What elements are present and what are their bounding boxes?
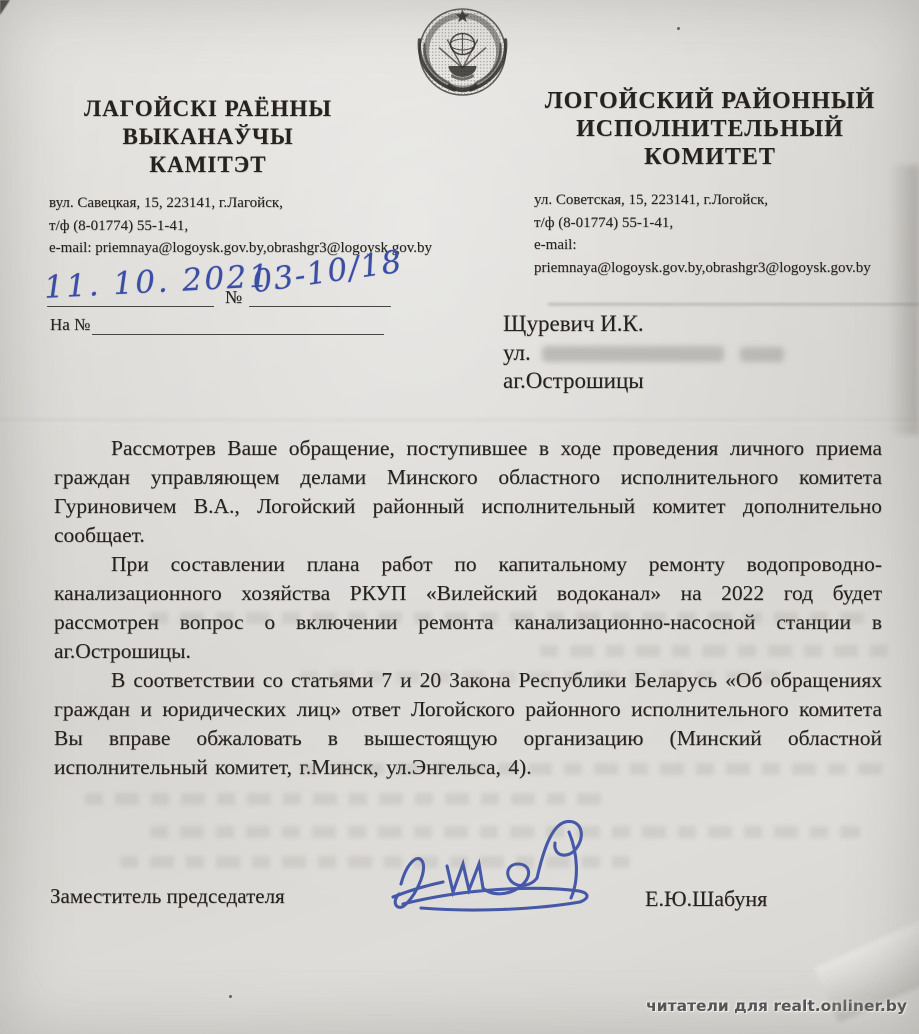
- org-name-belarusian: ЛАГОЙСКІ РАЁННЫ ВЫКАНАЎЧЫ КАМІТЭТ: [25, 95, 391, 179]
- letter-body: Рассмотрев Ваше обращение, поступившее в…: [54, 434, 882, 782]
- redacted-street-name: [542, 346, 724, 362]
- number-rule-line: [249, 306, 391, 307]
- bleedthrough-artifact: [150, 826, 860, 838]
- recipient-street: ул.: [503, 339, 784, 368]
- speck-artifact: [677, 27, 680, 30]
- address-line: т/ф (8-01774) 55-1-41,: [534, 212, 916, 235]
- belarus-coat-of-arms-icon: [399, 6, 526, 102]
- org-name-ru-line: ЛОГОЙСКИЙ РАЙОННЫЙ: [510, 87, 910, 115]
- bleedthrough-artifact: [150, 612, 870, 624]
- bleedthrough-artifact: [120, 856, 630, 868]
- org-name-ru-line: КОМИТЕТ: [510, 143, 910, 171]
- date-rule-line: [47, 306, 214, 307]
- org-name-by-line: ВЫКАНАЎЧЫ: [25, 123, 391, 151]
- speck-artifact: [229, 995, 232, 998]
- recipient-block: Щуревич И.К. ул. аг.Острошицы: [503, 310, 784, 396]
- address-line: т/ф (8-01774) 55-1-41,: [49, 215, 449, 238]
- bleedthrough-artifact: [300, 671, 780, 683]
- recipient-name: Щуревич И.К.: [503, 310, 784, 339]
- reply-reference-label: На №: [50, 315, 90, 335]
- recipient-settlement: аг.Острошицы: [503, 367, 784, 396]
- signer-position: Заместитель председателя: [50, 884, 285, 909]
- reply-rule-line: [92, 334, 384, 335]
- fold-crease-artifact: [0, 419, 919, 424]
- bleedthrough-artifact: [85, 793, 605, 805]
- bleedthrough-artifact: [540, 645, 890, 657]
- org-address-russian: ул. Советская, 15, 223141, г.Логойск, т/…: [534, 189, 916, 279]
- address-line: e-mail: priemnaya@logoysk.gov.by,obrashg…: [534, 234, 916, 279]
- org-name-by-line: ЛАГОЙСКІ РАЁННЫ: [25, 95, 391, 123]
- org-name-by-line: КАМІТЭТ: [25, 151, 391, 179]
- org-name-russian: ЛОГОЙСКИЙ РАЙОННЫЙ ИСПОЛНИТЕЛЬНЫЙ КОМИТЕ…: [510, 87, 910, 171]
- redacted-house-number: [740, 347, 784, 362]
- body-paragraph: Рассмотрев Ваше обращение, поступившее в…: [54, 434, 882, 550]
- photo-corner-artifact: [0, 0, 10, 15]
- street-prefix: ул.: [503, 340, 531, 365]
- fold-crease-artifact: [548, 301, 919, 307]
- site-watermark: читатели для realt.onliner.by: [646, 997, 907, 1015]
- scanned-letter: ЛАГОЙСКІ РАЁННЫ ВЫКАНАЎЧЫ КАМІТЭТ вул. С…: [0, 0, 919, 1034]
- signer-name: Е.Ю.Шабуня: [645, 886, 767, 912]
- number-sign-label: №: [225, 287, 242, 308]
- address-line: вул. Савецкая, 15, 223141, г.Лагойск,: [49, 192, 449, 215]
- address-line: ул. Советская, 15, 223141, г.Логойск,: [534, 189, 916, 212]
- bleedthrough-artifact: [300, 763, 890, 775]
- org-name-ru-line: ИСПОЛНИТЕЛЬНЫЙ: [510, 115, 910, 143]
